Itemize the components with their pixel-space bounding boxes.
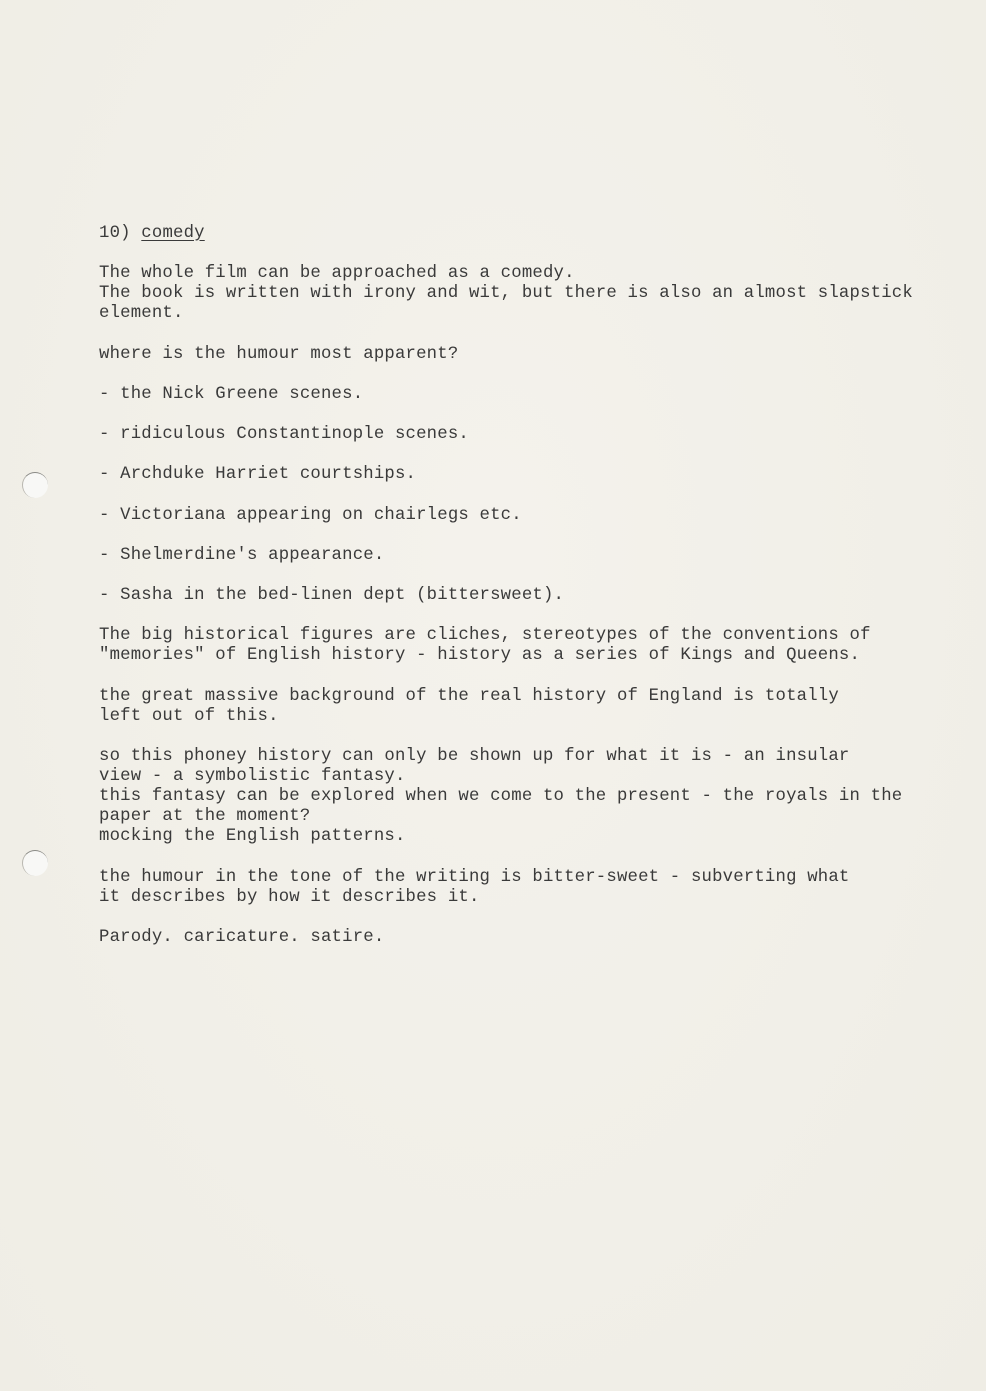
bullet-item: - Shelmerdine's appearance. bbox=[99, 546, 384, 566]
text-line: The book is written with irony and wit, … bbox=[99, 284, 913, 304]
text-line: so this phoney history can only be shown… bbox=[99, 747, 850, 767]
heading-title: comedy bbox=[141, 224, 204, 243]
bullet-item: - Archduke Harriet courtships. bbox=[99, 465, 416, 485]
question-line: where is the humour most apparent? bbox=[99, 345, 458, 365]
bullet-item: - Victoriana appearing on chairlegs etc. bbox=[99, 506, 522, 526]
bullet-item: - ridiculous Constantinople scenes. bbox=[99, 425, 469, 445]
closing-line: Parody. caricature. satire. bbox=[99, 928, 384, 948]
bullet-item: - the Nick Greene scenes. bbox=[99, 385, 363, 405]
text-line: element. bbox=[99, 304, 184, 324]
bullet-item: - Sasha in the bed-linen dept (bitterswe… bbox=[99, 586, 564, 606]
text-line: "memories" of English history - history … bbox=[99, 646, 860, 666]
text-line: The big historical figures are cliches, … bbox=[99, 626, 871, 646]
section-heading: 10) comedy bbox=[99, 224, 205, 244]
text-line: the humour in the tone of the writing is… bbox=[99, 868, 850, 888]
text-line: paper at the moment? bbox=[99, 807, 310, 827]
text-line: left out of this. bbox=[99, 707, 279, 727]
text-line: it describes by how it describes it. bbox=[99, 888, 480, 908]
punch-hole bbox=[22, 472, 48, 498]
text-line: the great massive background of the real… bbox=[99, 687, 839, 707]
text-line: The whole film can be approached as a co… bbox=[99, 264, 575, 284]
typewritten-page: 10) comedy The whole film can be approac… bbox=[0, 0, 986, 1391]
heading-number: 10) bbox=[99, 224, 131, 243]
text-line: view - a symbolistic fantasy. bbox=[99, 767, 406, 787]
text-line: mocking the English patterns. bbox=[99, 827, 406, 847]
text-line: this fantasy can be explored when we com… bbox=[99, 787, 902, 807]
punch-hole bbox=[22, 850, 48, 876]
